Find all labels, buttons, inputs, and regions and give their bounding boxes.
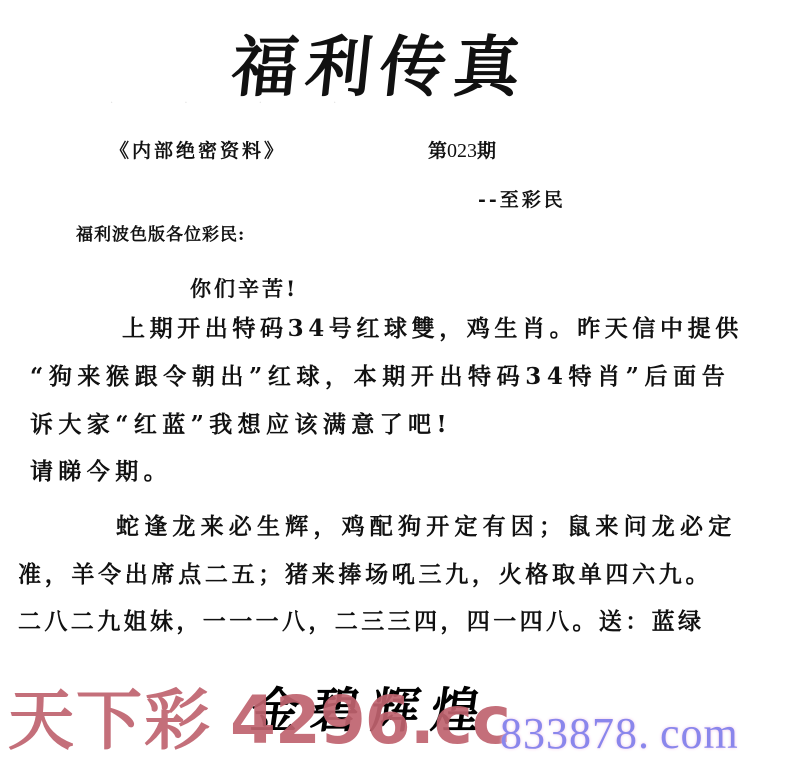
greeting: 你们辛苦! xyxy=(190,273,298,303)
signature: --至彩民 xyxy=(478,185,566,212)
body-line: 上期开出特码34号红球雙，鸡生肖。昨天信中提供 xyxy=(122,317,743,340)
watermark-right-tld: com xyxy=(660,709,739,758)
issue-number-value: 023 xyxy=(447,140,477,162)
issue-number: 第023期 xyxy=(428,136,496,163)
watermark-right: 833878.com xyxy=(500,712,739,756)
faint-scan-marks: · · · · xyxy=(110,98,370,109)
issue-suffix: 期 xyxy=(477,140,496,162)
issue-prefix: 第 xyxy=(428,140,447,162)
salutation: 福利波色版各位彩民: xyxy=(76,220,245,245)
body-line: 诉大家“红蓝”我想应该满意了吧! xyxy=(30,413,452,436)
body-line: 准，羊令出席点二五；猪来捧场吼三九，火格取单四六九。 xyxy=(18,563,712,586)
document-title: 福利传真 xyxy=(229,34,532,100)
watermark-right-main: 833878. xyxy=(500,709,650,758)
body-line: 二八二九姐妹，一一一八，二三三四，四一四八。送：蓝绿 xyxy=(18,610,704,633)
body-line: 蛇逢龙来必生辉，鸡配狗开定有因；鼠来问龙必定 xyxy=(116,515,736,538)
watermark-brand: 天下彩 xyxy=(8,682,212,759)
watermark-left: 天下彩4296.cc xyxy=(8,688,510,754)
body-line: 请睇今期。 xyxy=(30,460,172,483)
body-line: “狗来猴跟令朝出”红球，本期开出特码34特肖”后面告 xyxy=(30,365,730,388)
document-subtitle: 《内部绝密资料》 xyxy=(110,136,286,163)
watermark-site: 4296.cc xyxy=(230,682,510,759)
